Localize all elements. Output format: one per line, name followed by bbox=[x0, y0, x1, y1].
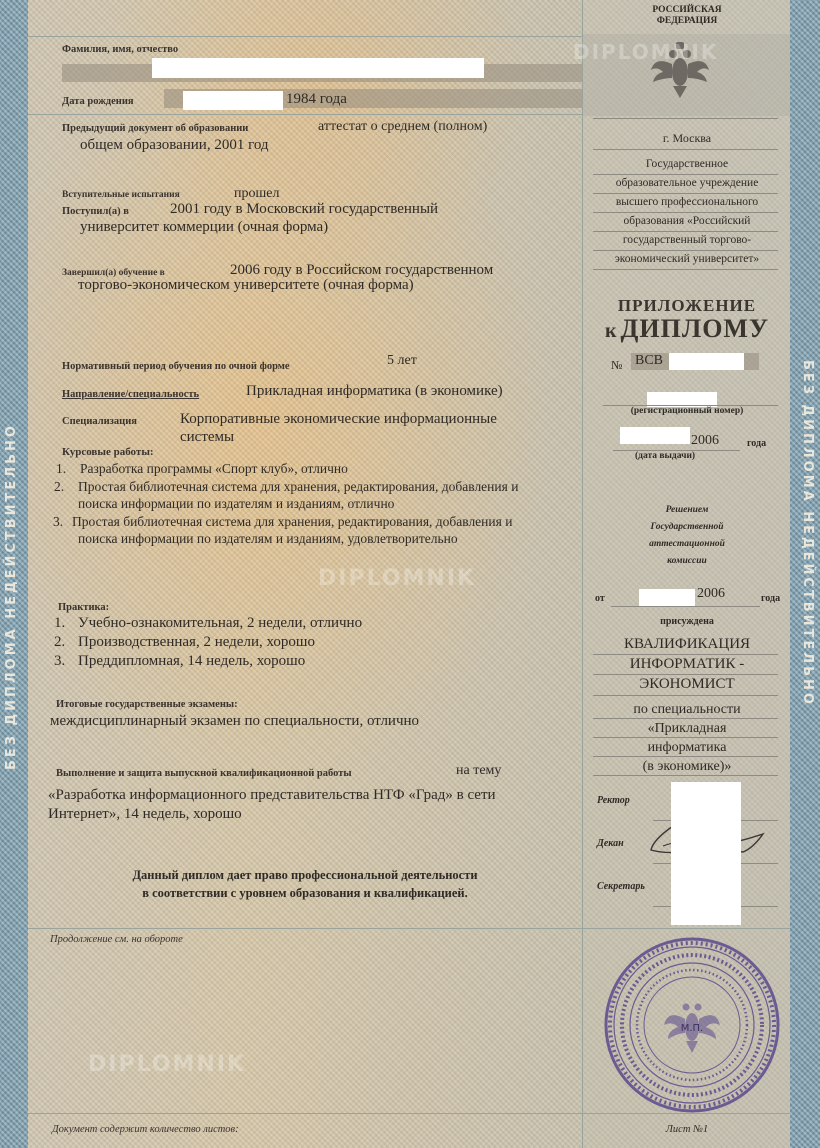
birth-date-value: 1984 года bbox=[286, 90, 347, 108]
divider bbox=[28, 114, 582, 115]
underline bbox=[593, 737, 778, 738]
practice-item-number: 3. bbox=[54, 652, 65, 670]
direction-value: Прикладная информатика (в экономике) bbox=[246, 382, 503, 400]
specialty-line3: (в экономике)» bbox=[583, 757, 791, 776]
coursework-item-text: Разработка программы «Спорт клуб», отлич… bbox=[80, 460, 348, 478]
rector-label: Ректор bbox=[597, 795, 630, 806]
redacted-name bbox=[152, 58, 484, 78]
entrance-exams-label: Вступительные испытания bbox=[62, 190, 180, 200]
commission-decision: Решением Государственной аттестационной … bbox=[583, 502, 791, 570]
specialization-line1: Корпоративные экономические информационн… bbox=[180, 410, 497, 428]
thesis-line2: Интернет», 14 недель, хорошо bbox=[48, 805, 242, 823]
divider bbox=[28, 1113, 582, 1114]
institution-line: образовательное учреждение bbox=[583, 174, 791, 193]
underline bbox=[593, 193, 778, 194]
underline bbox=[611, 606, 760, 607]
institution-line: Государственное bbox=[583, 155, 791, 174]
rights-statement: Данный диплом дает право профессионально… bbox=[28, 866, 582, 902]
decision-year: 2006 bbox=[697, 586, 725, 602]
divider bbox=[28, 36, 582, 37]
divider bbox=[583, 928, 790, 929]
underline bbox=[593, 212, 778, 213]
country-line2: ФЕДЕРАЦИЯ bbox=[583, 16, 791, 27]
thesis-topic-prefix: на тему bbox=[456, 762, 501, 780]
official-seal-icon: М.П. bbox=[602, 935, 782, 1115]
main-content-panel: DIPLOMNIK DIPLOMNIK Фамилия, имя, отчест… bbox=[28, 0, 582, 1148]
redacted-signatures bbox=[671, 782, 741, 925]
redacted-number bbox=[669, 353, 744, 370]
sheet-count-label: Документ содержит количество листов: bbox=[52, 1124, 239, 1135]
sheet-number: Лист №1 bbox=[583, 1124, 791, 1135]
ribbon-text-right: БЕЗ ДИПЛОМА НЕДЕЙСТВИТЕЛЬНО bbox=[800, 360, 815, 707]
underline bbox=[593, 775, 778, 776]
reg-number-caption: (регистрационный номер) bbox=[583, 406, 791, 416]
qualification-line2: ЭКОНОМИСТ bbox=[583, 674, 791, 694]
issue-year-suffix: года bbox=[747, 438, 766, 449]
security-ribbon-right: БЕЗ ДИПЛОМА НЕДЕЙСТВИТЕЛЬНО bbox=[790, 0, 820, 1148]
watermark: DIPLOMNIK bbox=[573, 40, 718, 64]
underline bbox=[593, 269, 778, 270]
coursework-item-text: Простая библиотечная система для хранени… bbox=[72, 513, 512, 531]
direction-label: Направление/специальность bbox=[62, 389, 199, 400]
country-heading: РОССИЙСКАЯ ФЕДЕРАЦИЯ bbox=[583, 5, 791, 27]
rights-line1: Данный диплом дает право профессионально… bbox=[28, 866, 582, 884]
country-line1: РОССИЙСКАЯ bbox=[583, 5, 791, 16]
prev-document-label: Предыдущий документ об образовании bbox=[62, 123, 248, 134]
study-period-label: Нормативный период обучения по очной фор… bbox=[62, 361, 290, 372]
decision-from: от bbox=[595, 593, 605, 604]
practice-item-number: 1. bbox=[54, 614, 65, 632]
watermark: DIPLOMNIK bbox=[318, 566, 476, 591]
name-label: Фамилия, имя, отчество bbox=[62, 44, 178, 55]
birth-date-label: Дата рождения bbox=[62, 96, 134, 107]
thesis-line1: «Разработка информационного представител… bbox=[48, 786, 496, 804]
enrolled-line2: университет коммерции (очная форма) bbox=[80, 218, 328, 236]
specialty-line1: «Прикладная bbox=[583, 719, 791, 738]
practice-item-text: Преддипломная, 14 недель, хорошо bbox=[78, 652, 305, 670]
redacted-birth-day bbox=[183, 91, 283, 110]
thesis-label: Выполнение и защита выпускной квалификац… bbox=[56, 768, 352, 779]
study-period-value: 5 лет bbox=[387, 352, 417, 370]
city: г. Москва bbox=[583, 131, 791, 146]
number-label: № bbox=[611, 358, 622, 373]
decision-line: аттестационной bbox=[583, 536, 791, 553]
issue-year: 2006 bbox=[691, 433, 719, 449]
watermark: DIPLOMNIK bbox=[88, 1052, 246, 1077]
title-line2: к ДИПЛОМУ bbox=[583, 314, 791, 344]
institution-line: государственный торгово- bbox=[583, 231, 791, 250]
enrolled-label: Поступил(а) в bbox=[62, 206, 129, 217]
coursework-label: Курсовые работы: bbox=[62, 446, 154, 458]
prev-document-line1: аттестат о среднем (полном) bbox=[318, 118, 487, 136]
underline bbox=[593, 718, 778, 719]
underline bbox=[593, 654, 778, 655]
enrolled-line1: 2001 году в Московский государственный bbox=[170, 200, 438, 218]
ribbon-text-left: БЕЗ ДИПЛОМА НЕДЕЙСТВИТЕЛЬНО bbox=[4, 423, 19, 770]
qualification-line1: ИНФОРМАТИК - bbox=[583, 654, 791, 674]
practice-item-text: Учебно-ознакомительная, 2 недели, отличн… bbox=[78, 614, 362, 632]
redacted-issue-date bbox=[620, 427, 690, 444]
decision-line: Решением bbox=[583, 502, 791, 519]
awarded-label: присуждена bbox=[583, 616, 791, 627]
underline bbox=[593, 231, 778, 232]
coursework-item-number: 1. bbox=[56, 460, 66, 478]
qualification-label: КВАЛИФИКАЦИЯ bbox=[583, 634, 791, 654]
secretary-label: Секретарь bbox=[597, 881, 645, 892]
decision-line: Государственной bbox=[583, 519, 791, 536]
coursework-item-text: Простая библиотечная система для хранени… bbox=[78, 478, 518, 496]
underline bbox=[593, 695, 778, 696]
underline bbox=[593, 174, 778, 175]
redacted-decision-date bbox=[639, 589, 695, 606]
final-exams-label: Итоговые государственные экзамены: bbox=[56, 699, 238, 710]
number-series: ВСВ bbox=[635, 353, 663, 369]
continued-note: Продолжение см. на обороте bbox=[50, 934, 183, 945]
divider bbox=[593, 118, 778, 119]
underline bbox=[593, 250, 778, 251]
issue-date-caption: (дата выдачи) bbox=[635, 451, 695, 461]
specialization-line2: системы bbox=[180, 428, 234, 446]
final-exams-value: междисциплинарный экзамен по специальнос… bbox=[50, 712, 419, 730]
coursework-item-number: 3. bbox=[53, 513, 63, 531]
decision-year-suffix: года bbox=[761, 593, 780, 604]
coursework-item-text-cont: поиска информации по издателям и издания… bbox=[78, 495, 394, 513]
dean-label: Декан bbox=[597, 838, 624, 849]
underline bbox=[593, 149, 778, 150]
coursework-item-text-cont: поиска информации по издателям и издания… bbox=[78, 530, 458, 548]
institution-line: образования «Российский bbox=[583, 212, 791, 231]
practice-item-text: Производственная, 2 недели, хорошо bbox=[78, 633, 315, 651]
diploma-supplement-sheet: БЕЗ ДИПЛОМА НЕДЕЙСТВИТЕЛЬНО БЕЗ ДИПЛОМА … bbox=[0, 0, 820, 1148]
practice-label: Практика: bbox=[58, 602, 109, 613]
institution-line: высшего профессионального bbox=[583, 193, 791, 212]
underline bbox=[593, 756, 778, 757]
specialty-line2: информатика bbox=[583, 738, 791, 757]
completed-line2: торгово-экономическом университете (очна… bbox=[78, 276, 414, 294]
institution-line: экономический университет» bbox=[583, 250, 791, 269]
security-ribbon-left: БЕЗ ДИПЛОМА НЕДЕЙСТВИТЕЛЬНО bbox=[0, 0, 28, 1148]
specialty-block: по специальности «Прикладная информатика… bbox=[583, 700, 791, 776]
title-main: ДИПЛОМУ bbox=[620, 314, 769, 343]
title-prefix: к bbox=[605, 320, 617, 342]
title-line1: ПРИЛОЖЕНИЕ bbox=[583, 296, 791, 316]
practice-item-number: 2. bbox=[54, 633, 65, 651]
divider bbox=[28, 928, 582, 929]
specialty-prefix: по специальности bbox=[583, 700, 791, 719]
coursework-item-number: 2. bbox=[54, 478, 64, 496]
prev-document-line2: общем образовании, 2001 год bbox=[80, 136, 269, 154]
underline bbox=[593, 674, 778, 675]
stamp-initials: М.П. bbox=[681, 1023, 704, 1034]
qualification-block: КВАЛИФИКАЦИЯ ИНФОРМАТИК - ЭКОНОМИСТ bbox=[583, 634, 791, 694]
decision-line: комиссии bbox=[583, 553, 791, 570]
rights-line2: в соответствии с уровнем образования и к… bbox=[28, 884, 582, 902]
specialization-label: Специализация bbox=[62, 416, 137, 427]
